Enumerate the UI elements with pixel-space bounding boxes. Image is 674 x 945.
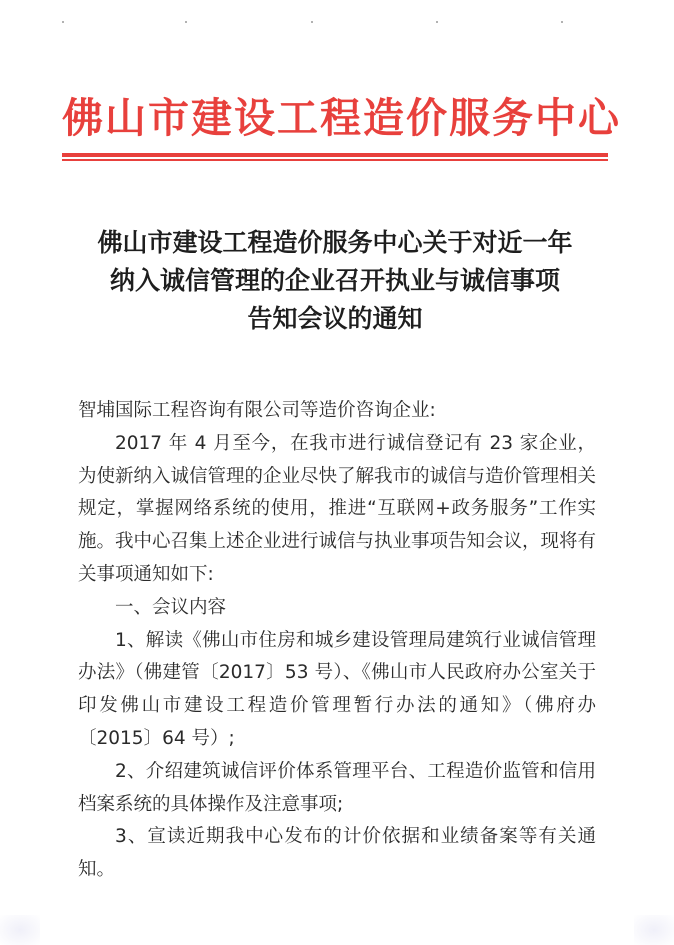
scan-shadow: [0, 915, 40, 945]
scan-mark: [436, 21, 438, 23]
list-item: 2、介绍建筑诚信评价体系管理平台、工程造价监管和信用档案系统的具体操作及注意事项…: [78, 756, 596, 822]
list-item: 1、解读《佛山市住房和城乡建设管理局建筑行业诚信管理办法》（佛建管〔2017〕5…: [78, 625, 596, 756]
title-line-2: 纳入诚信管理的企业召开执业与诚信事项: [62, 262, 608, 300]
letterhead-organization: 佛山市建设工程造价服务中心: [62, 92, 608, 144]
letterhead-rule-thick: [62, 153, 608, 157]
scan-mark: [311, 21, 313, 23]
salutation: 智埔国际工程咨询有限公司等造价咨询企业:: [78, 395, 596, 428]
title-line-3: 告知会议的通知: [62, 300, 608, 338]
document-title: 佛山市建设工程造价服务中心关于对近一年 纳入诚信管理的企业召开执业与诚信事项 告…: [62, 224, 608, 338]
section-heading: 一、会议内容: [78, 592, 596, 625]
title-line-1: 佛山市建设工程造价服务中心关于对近一年: [62, 224, 608, 262]
scan-mark: [185, 21, 187, 23]
document-body: 智埔国际工程咨询有限公司等造价咨询企业: 2017 年 4 月至今，在我市进行诚…: [78, 395, 596, 887]
scan-shadow: [634, 915, 674, 945]
scan-mark: [62, 21, 64, 23]
list-item: 3、宣读近期我中心发布的计价依据和业绩备案等有关通知。: [78, 821, 596, 887]
letterhead-rule-thin: [62, 159, 608, 161]
scan-mark: [561, 21, 563, 23]
intro-paragraph: 2017 年 4 月至今，在我市进行诚信登记有 23 家企业，为使新纳入诚信管理…: [78, 428, 596, 592]
